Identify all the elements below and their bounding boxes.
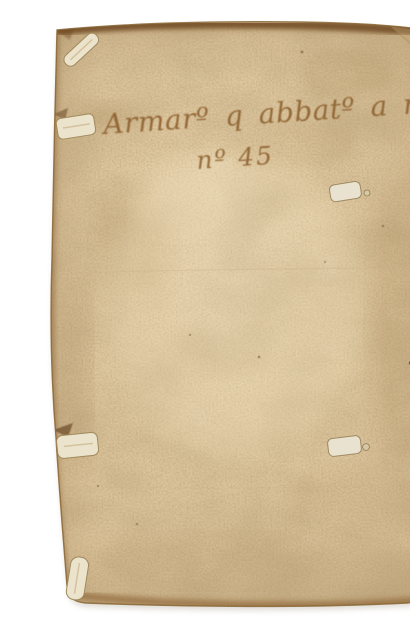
speck (97, 485, 99, 487)
speck (258, 356, 261, 359)
tie-peg (364, 190, 370, 196)
tie-strap (327, 435, 362, 457)
book-cover-graphic: Armarº q abbatº a murº nº 45 (40, 16, 410, 616)
tie-left-lower (56, 432, 99, 459)
stain-lower-right (285, 466, 395, 536)
speck (382, 225, 385, 228)
speck (301, 51, 304, 54)
speck (189, 334, 191, 336)
speck (136, 523, 139, 526)
inscription-line2: nº 45 (195, 141, 274, 175)
tie-peg (363, 444, 370, 451)
stain-bottom (95, 535, 355, 587)
manuscript-cover-photo: Armarº q abbatº a murº nº 45 Photograph … (40, 16, 410, 616)
speck (324, 261, 326, 263)
